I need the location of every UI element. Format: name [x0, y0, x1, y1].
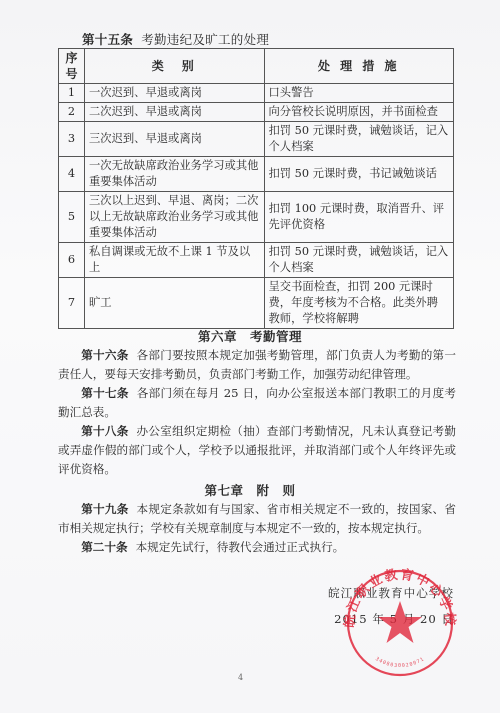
- article-text: 本规定先试行，待教代会通过正式执行。: [136, 540, 345, 554]
- row-measure: 扣罚 50 元课时费，诫勉谈话，记入个人档案: [264, 122, 454, 157]
- seal-code: 3408030020071: [374, 656, 426, 669]
- article-15-title: 第十五条考勤违纪及旷工的处理: [82, 30, 269, 48]
- row-category: 三次以上迟到、早退、离岗；二次以上无故缺席政治业务学习或其他重要集体活动: [84, 192, 264, 243]
- row-category: 旷工: [84, 278, 264, 329]
- signature-org: 皖江职业教育中心学校: [284, 585, 454, 601]
- row-category: 私自调课或无故不上课 1 节及以上: [84, 243, 264, 278]
- article-label: 第十八条: [81, 424, 128, 438]
- table-header-row: 序号 类 别 处 理 措 施: [59, 49, 454, 84]
- row-measure: 呈交书面检查，扣罚 200 元课时费，年度考核为不合格。此类外聘教师，学校将解聘: [264, 278, 454, 329]
- article-label: 第十五条: [82, 32, 133, 47]
- table-row: 7 旷工 呈交书面检查，扣罚 200 元课时费，年度考核为不合格。此类外聘教师，…: [59, 278, 454, 329]
- row-category: 一次无故缺席政治业务学习或其他重要集体活动: [84, 157, 264, 192]
- discipline-table: 序号 类 别 处 理 措 施 1 一次迟到、早退或离岗 口头警告 2 二次迟到、…: [58, 48, 454, 329]
- header-no: 序号: [59, 49, 85, 84]
- row-measure: 扣罚 50 元课时费，诫勉谈话，记入个人档案: [264, 243, 454, 278]
- article-label: 第十六条: [81, 348, 128, 362]
- row-no: 1: [59, 84, 85, 103]
- row-no: 2: [59, 103, 85, 122]
- row-measure: 扣罚 100 元课时费，取消晋升、评先评优资格: [264, 192, 454, 243]
- row-category: 一次迟到、早退或离岗: [84, 84, 264, 103]
- page-number: 4: [238, 673, 243, 682]
- article-17: 第十七条各部门须在每月 25 日，向办公室报送本部门教职工的月度考勤汇总表。: [58, 384, 456, 422]
- table-row: 4 一次无故缺席政治业务学习或其他重要集体活动 扣罚 50 元课时费，书记诫勉谈…: [59, 157, 454, 192]
- row-no: 3: [59, 122, 85, 157]
- table-row: 2 二次迟到、早退或离岗 向分管校长说明原因，并书面检查: [59, 103, 454, 122]
- table-row: 5 三次以上迟到、早退、离岗；二次以上无故缺席政治业务学习或其他重要集体活动 扣…: [59, 192, 454, 243]
- row-category: 三次迟到、早退或离岗: [84, 122, 264, 157]
- article-label: 第十九条: [81, 502, 128, 516]
- article-18: 第十八条办公室组织定期检（抽）查部门考勤情况，凡未认真登记考勤或弄虚作假的部门或…: [58, 422, 456, 479]
- article-20: 第二十条本规定先试行，待教代会通过正式执行。: [58, 538, 456, 557]
- chapter-6-title: 第六章 考勤管理: [0, 327, 500, 345]
- row-no: 6: [59, 243, 85, 278]
- article-label: 第十七条: [81, 386, 129, 400]
- row-measure: 口头警告: [264, 84, 454, 103]
- row-measure: 扣罚 50 元课时费，书记诫勉谈话: [264, 157, 454, 192]
- row-no: 5: [59, 192, 85, 243]
- document-page: 第十五条考勤违纪及旷工的处理 序号 类 别 处 理 措 施 1 一次迟到、早退或…: [0, 0, 500, 713]
- header-category: 类 别: [84, 49, 264, 84]
- row-no: 4: [59, 157, 85, 192]
- article-16: 第十六条各部门要按照本规定加强考勤管理，部门负责人为考勤的第一责任人，要每天安排…: [58, 346, 456, 384]
- article-label: 第二十条: [81, 540, 127, 554]
- table-row: 1 一次迟到、早退或离岗 口头警告: [59, 84, 454, 103]
- article-title: 考勤违纪及旷工的处理: [141, 32, 269, 47]
- row-measure: 向分管校长说明原因，并书面检查: [264, 103, 454, 122]
- table-row: 3 三次迟到、早退或离岗 扣罚 50 元课时费，诫勉谈话，记入个人档案: [59, 122, 454, 157]
- svg-text:3408030020071: 3408030020071: [374, 656, 426, 669]
- signature-date: 2015 年 5 月 20 日: [284, 611, 454, 627]
- row-category: 二次迟到、早退或离岗: [84, 103, 264, 122]
- row-no: 7: [59, 278, 85, 329]
- header-measure: 处 理 措 施: [264, 49, 454, 84]
- chapter-7-title: 第七章 附 则: [0, 481, 500, 499]
- article-19: 第十九条本规定条款如有与国家、省市相关规定不一致的，按国家、省市相关规定执行；学…: [58, 500, 456, 538]
- table-row: 6 私自调课或无故不上课 1 节及以上 扣罚 50 元课时费，诫勉谈话，记入个人…: [59, 243, 454, 278]
